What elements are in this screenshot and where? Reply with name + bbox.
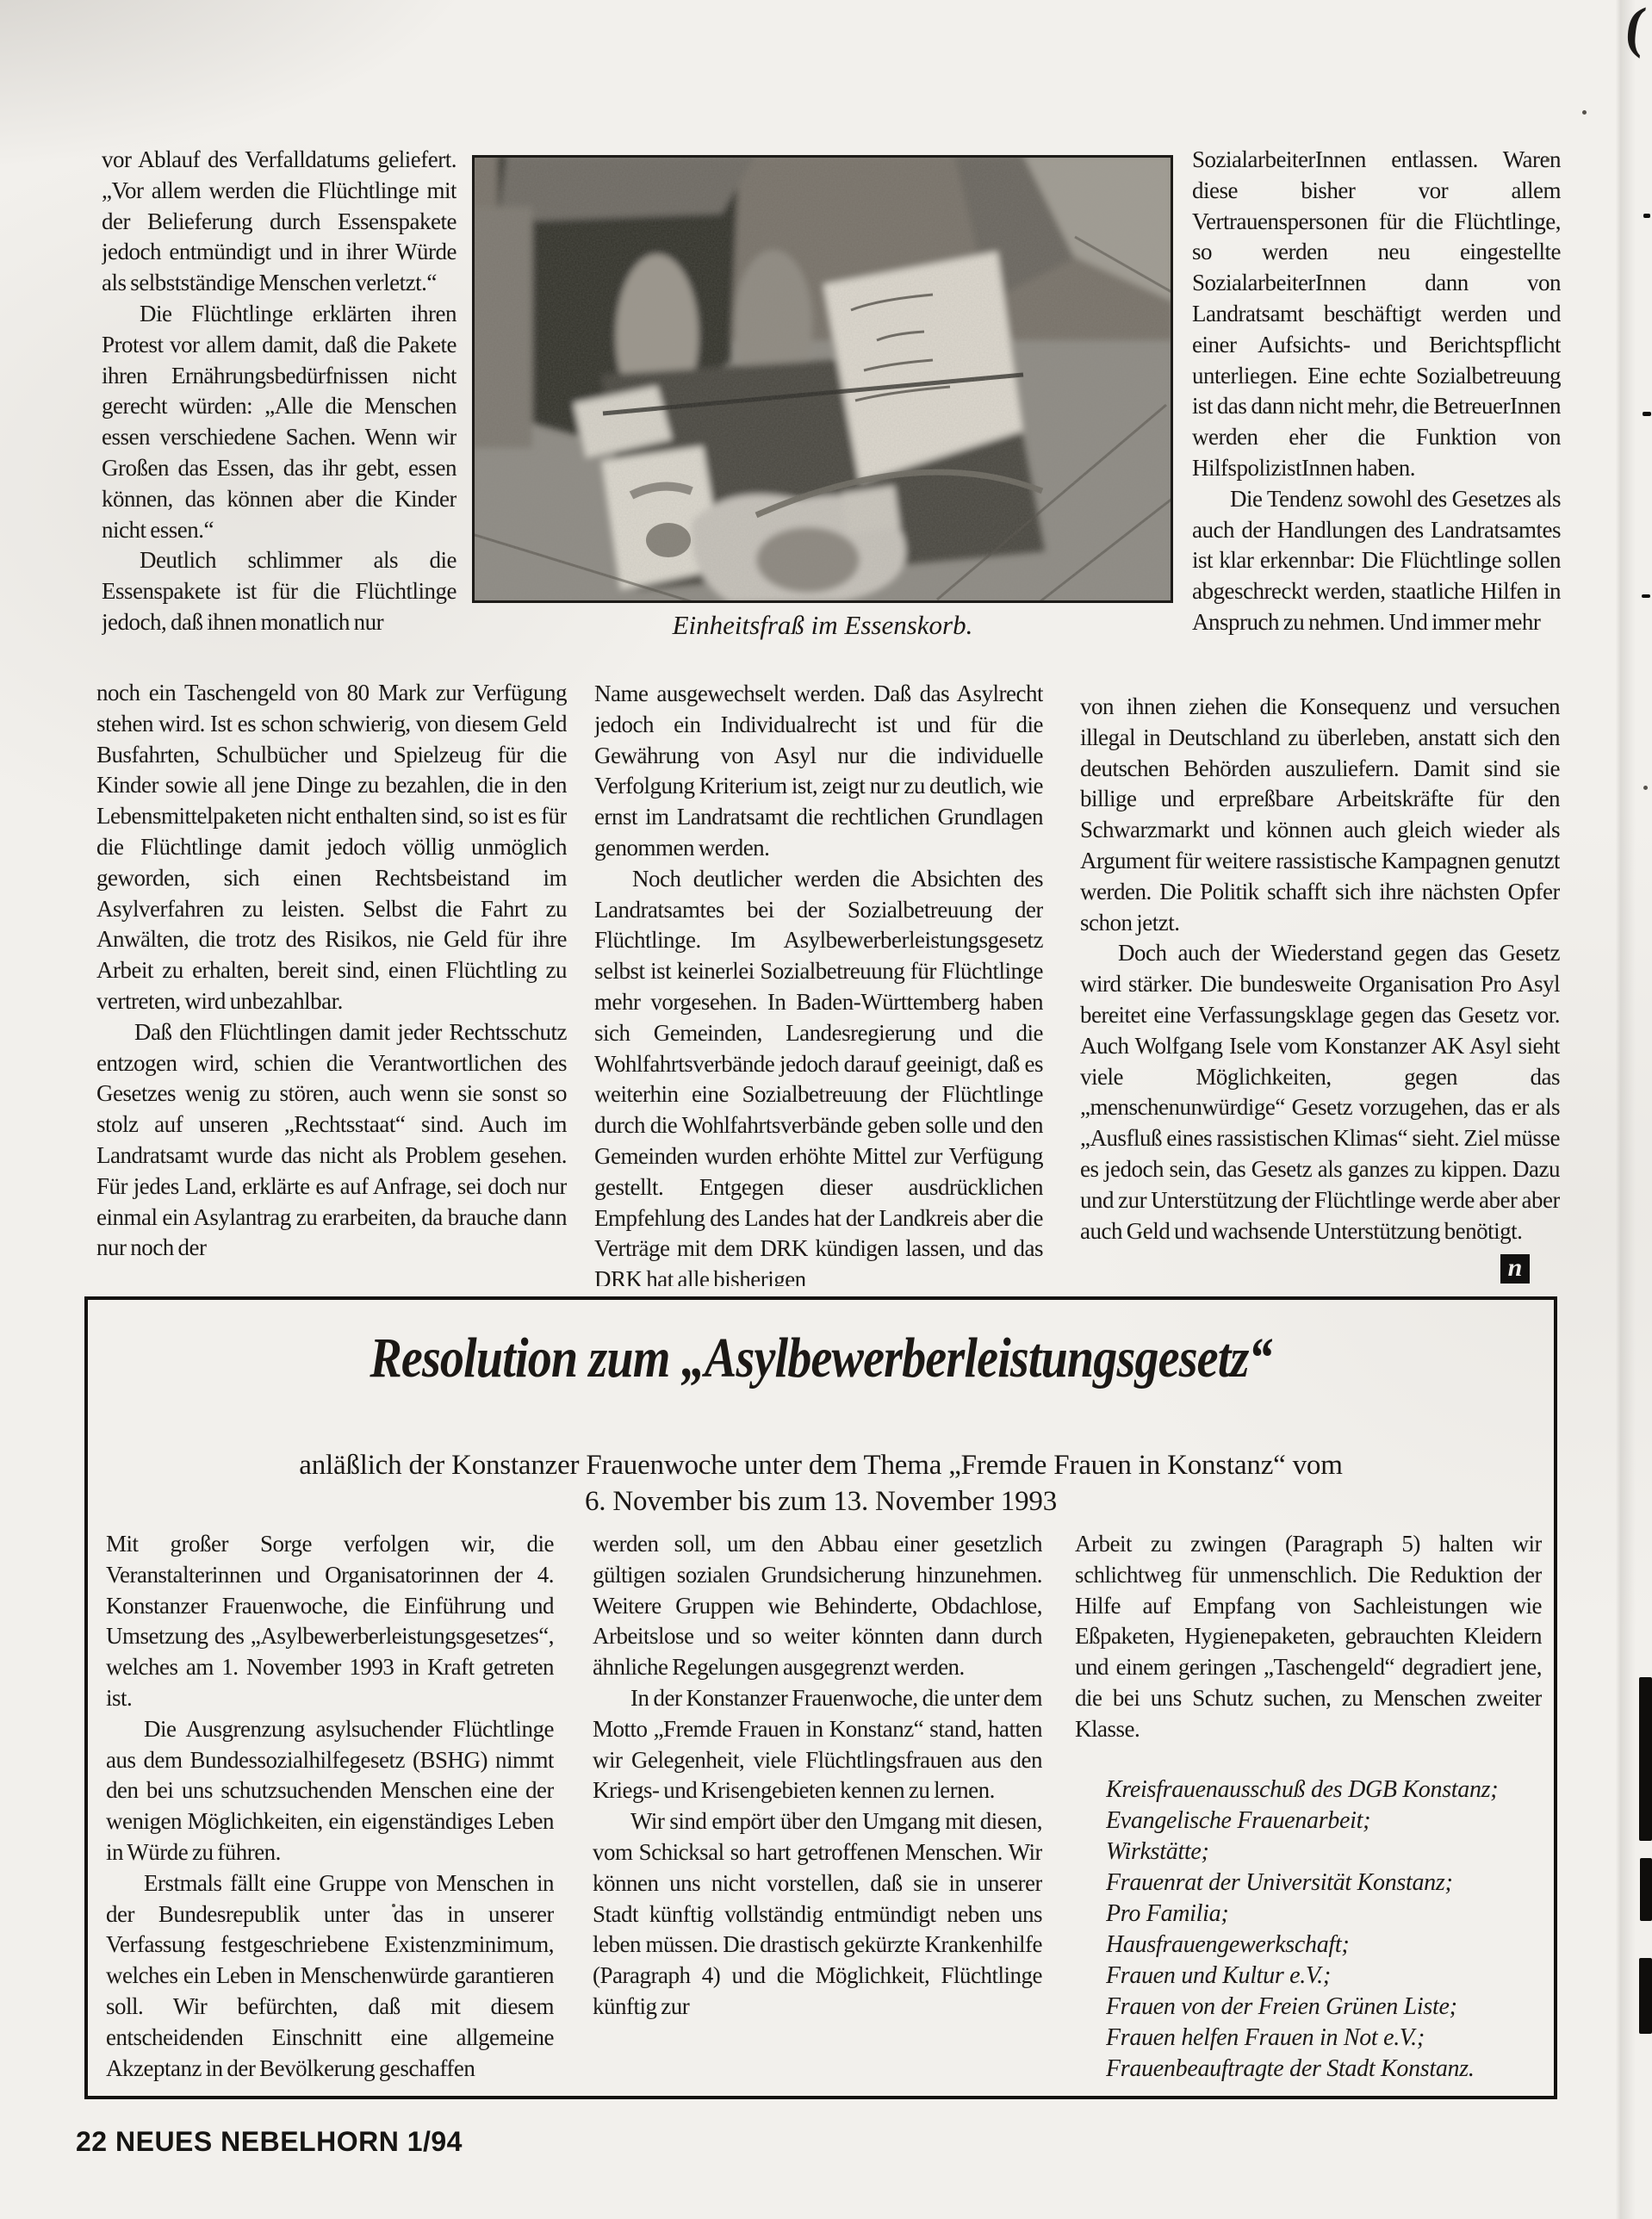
- resolution-column-3: Arbeit zu zwingen (Paragraph 5) halten w…: [1075, 1529, 1542, 1762]
- resolution-box: Resolution zum „Asylbewerberleistungsges…: [84, 1296, 1557, 2099]
- paragraph: von ihnen ziehen die Konsequenz und vers…: [1080, 692, 1560, 938]
- paragraph: Die Ausgrenzung asylsuchender Flüchtling…: [106, 1714, 554, 1868]
- scan-artifact-dash: [1643, 214, 1650, 218]
- paragraph: Deutlich schlimmer als die Essenspakete …: [102, 545, 456, 637]
- paragraph: Erstmals fällt eine Gruppe von Menschen …: [106, 1868, 554, 2085]
- paragraph: Die Flüchtlinge erklärten ihren Protest …: [102, 299, 456, 545]
- resolution-subtitle-line2: 6. November bis zum 13. November 1993: [88, 1486, 1554, 1518]
- paragraph: Wir sind empört über den Umgang mit dies…: [593, 1806, 1042, 2023]
- scan-artifact-dash: [1643, 412, 1651, 416]
- scan-speck: [1643, 786, 1648, 790]
- photo-food-basket: [472, 155, 1173, 603]
- paragraph: noch ein Taschengeld von 80 Mark zur Ver…: [96, 678, 567, 1017]
- resolution-title: Resolution zum „Asylbewerberleistungsges…: [198, 1326, 1444, 1391]
- article-middle-column: Name ausgewechselt werden. Daß das Asylr…: [594, 679, 1043, 1286]
- paragraph: SozialarbeiterInnen entlassen. Waren die…: [1192, 145, 1561, 484]
- paragraph: werden soll, um den Abbau einer gesetzli…: [593, 1529, 1042, 1683]
- article-left-column-narrow: vor Ablauf des Verfalldatums geliefert. …: [102, 145, 456, 672]
- scan-speck: [1546, 158, 1550, 161]
- paragraph: Daß den Flüchtlingen damit jeder Rechtss…: [96, 1017, 567, 1264]
- article-right-column-narrow: SozialarbeiterInnen entlassen. Waren die…: [1192, 145, 1561, 672]
- scan-artifact-bar: [1639, 1958, 1652, 2034]
- scan-artifact-bar: [1639, 1677, 1652, 1841]
- resolution-subtitle-line1: anläßlich der Konstanzer Frauenwoche unt…: [88, 1450, 1554, 1482]
- paragraph: Die Tendenz sowohl des Gesetzes als auch…: [1192, 484, 1561, 638]
- scan-artifact-bar: [1640, 1858, 1652, 1921]
- paragraph: Doch auch der Wiederstand gegen das Gese…: [1080, 938, 1560, 1246]
- paragraph: vor Ablauf des Verfalldatums geliefert. …: [102, 145, 456, 299]
- nebelhorn-end-mark-icon: n: [1500, 1254, 1530, 1284]
- article-right-column-wide: von ihnen ziehen die Konsequenz und vers…: [1080, 692, 1560, 1286]
- paragraph: Name ausgewechselt werden. Daß das Asylr…: [594, 679, 1043, 864]
- photo-caption: Einheitsfraß im Essenskorb.: [472, 610, 1173, 641]
- paragraph: Mit großer Sorge verfolgen wir, die Vera…: [106, 1529, 554, 1714]
- scan-speck: [1582, 110, 1587, 115]
- article-left-column-wide: noch ein Taschengeld von 80 Mark zur Ver…: [96, 678, 567, 1272]
- corner-pen-mark: (: [1622, 0, 1649, 61]
- scanned-magazine-page: ( vor Ablauf des Verfalldatums geliefert…: [0, 0, 1652, 2219]
- resolution-column-2: werden soll, um den Abbau einer gesetzli…: [593, 1529, 1042, 2089]
- paragraph: Arbeit zu zwingen (Paragraph 5) halten w…: [1075, 1529, 1542, 1745]
- signatory-list: Kreisfrauenausschuß des DGB Konstanz; Ev…: [1106, 1775, 1550, 2085]
- paragraph: Noch deutlicher werden die Absichten des…: [594, 864, 1043, 1286]
- paragraph: In der Konstanzer Frauenwoche, die unter…: [593, 1683, 1042, 1806]
- footer-page-number: 22 NEUES NEBELHORN 1/94: [76, 2126, 463, 2158]
- scan-artifact-dash: [1642, 594, 1650, 598]
- scan-speck: [392, 1904, 395, 1907]
- photo-illustration: [472, 155, 1173, 603]
- resolution-column-1: Mit großer Sorge verfolgen wir, die Vera…: [106, 1529, 554, 2089]
